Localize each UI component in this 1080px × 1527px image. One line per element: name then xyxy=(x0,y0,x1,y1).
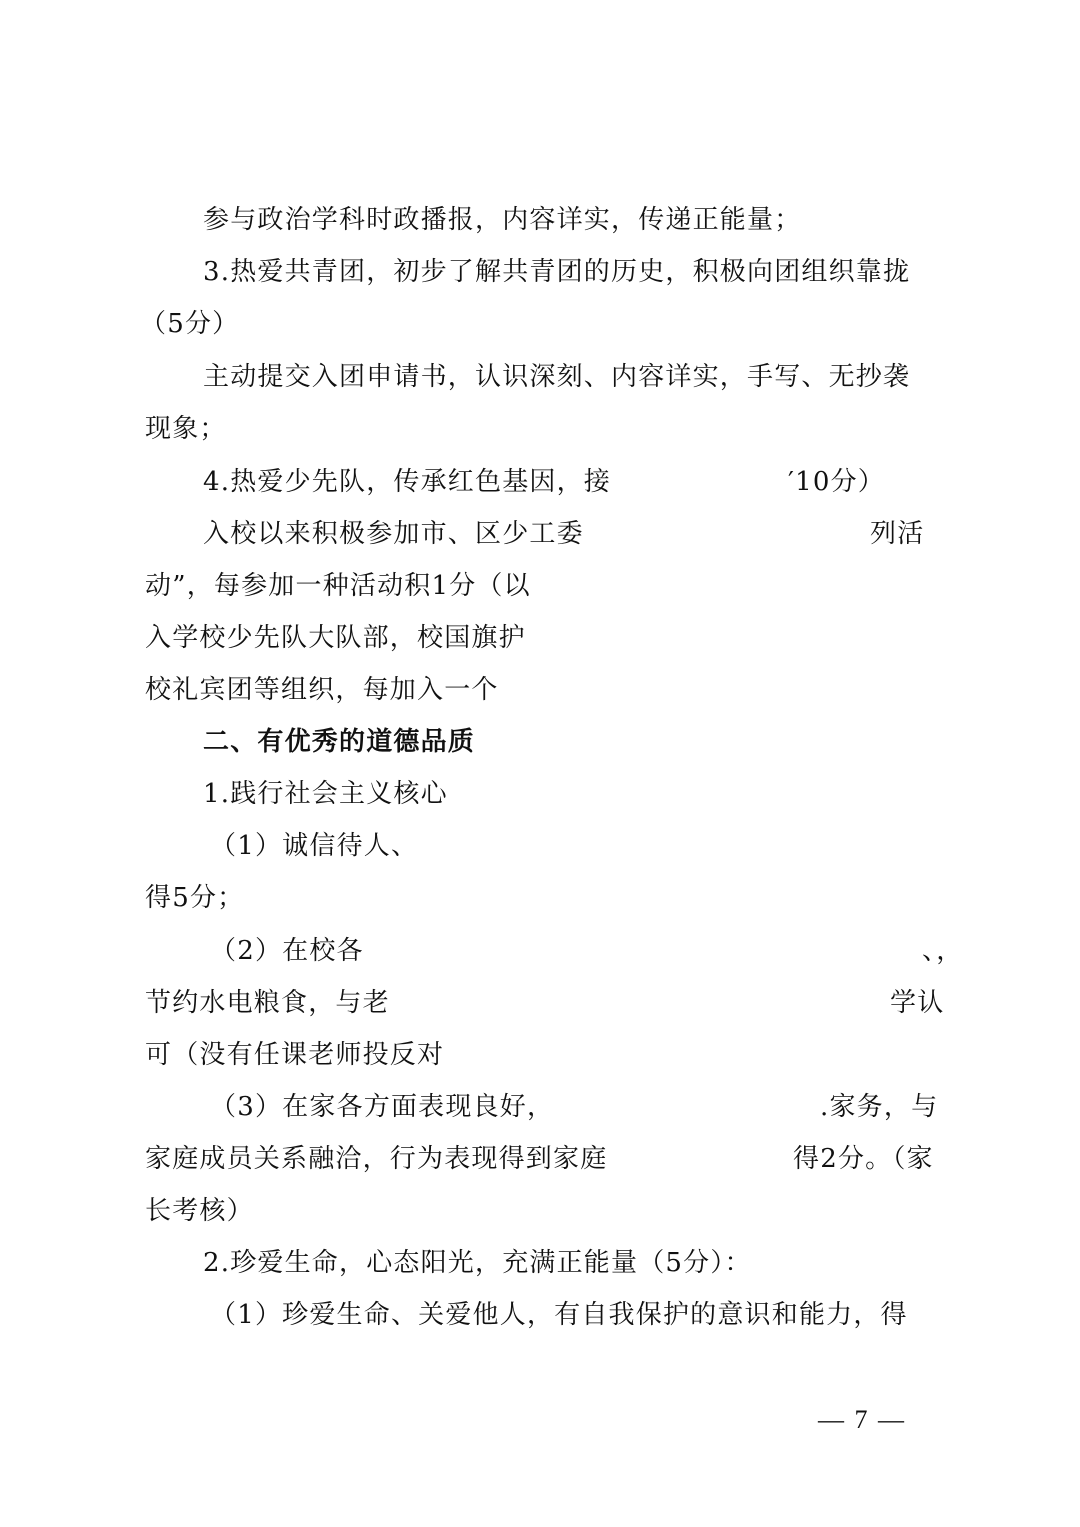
text-line: 二、有优秀的道德品质 xyxy=(203,722,475,762)
text-line: 1.践行社会主义核心 xyxy=(203,774,448,814)
paragraph-text: 参与政治学科时政播报，内容详实，传递正能量； xyxy=(203,205,801,235)
text-line-fragment: ′10分） xyxy=(788,462,885,502)
text-line-fragment: 列活 xyxy=(870,514,924,554)
text-line: 主动提交入团申请书，认识深刻、内容详实，手写、无抄袭 xyxy=(203,357,910,397)
paragraph-text: 得5分； xyxy=(145,883,244,913)
text-line-fragment: 学认 xyxy=(890,983,944,1023)
section-item-2-heading: 2.珍爱生命，心态阳光，充满正能量（5分）： xyxy=(203,1248,752,1278)
paragraph-text: 入学校少先队大队部，校国旗护 xyxy=(145,623,526,653)
page-number: — 7 — xyxy=(818,1402,906,1438)
text-line: 2.珍爱生命，心态阳光，充满正能量（5分）： xyxy=(203,1243,752,1283)
text-line: 入学校少先队大队部，校国旗护 xyxy=(145,618,526,658)
text-line-fragment: 得2分。（家 xyxy=(793,1139,934,1179)
text-line: 节约水电粮食，与老 xyxy=(145,983,390,1023)
sub-item-2: （2）在校各 xyxy=(210,936,364,966)
paragraph-text: 入校以来积极参加市、区少工委 xyxy=(203,519,584,549)
text-line-fragment: 、， xyxy=(922,931,963,971)
paragraph-text: .家务，与 xyxy=(820,1092,938,1122)
text-line: 入校以来积极参加市、区少工委 xyxy=(203,514,584,554)
paragraph-text: 列活 xyxy=(870,519,924,549)
punctuation-fragment: 、， xyxy=(922,936,963,966)
text-line: 家庭成员关系融洽，行为表现得到家庭 xyxy=(145,1139,607,1179)
text-line: （1）珍爱生命、关爱他人，有自我保护的意识和能力，得 xyxy=(210,1295,908,1335)
document-page: 参与政治学科时政播报，内容详实，传递正能量； 3.热爱共青团，初步了解共青团的历… xyxy=(0,0,1080,1527)
text-line: 动”，每参加一种活动积1分（以 xyxy=(145,566,531,606)
paragraph-text: 得2分。（家 xyxy=(793,1144,934,1174)
text-line: 可（没有任课老师投反对 xyxy=(145,1035,444,1075)
score-note: （5分） xyxy=(140,309,239,339)
sub-item-1: （1）珍爱生命、关爱他人，有自我保护的意识和能力，得 xyxy=(210,1300,908,1330)
paragraph-text: 校礼宾团等组织，每加入一个 xyxy=(145,675,499,705)
sub-item-3: （3）在家各方面表现良好， xyxy=(210,1092,554,1122)
text-line: 4.热爱少先队，传承红色基因，接 xyxy=(203,462,611,502)
text-line: 得5分； xyxy=(145,878,244,918)
section-item-1-heading: 1.践行社会主义核心 xyxy=(203,779,448,809)
text-line: 校礼宾团等组织，每加入一个 xyxy=(145,670,499,710)
sub-item-1: （1）诚信待人、 xyxy=(210,831,418,861)
section-item-4-heading: 4.热爱少先队，传承红色基因，接 xyxy=(203,467,611,497)
paragraph-text: 动”，每参加一种活动积1分（以 xyxy=(145,571,531,601)
paragraph-text: 家庭成员关系融洽，行为表现得到家庭 xyxy=(145,1144,607,1174)
text-line: 3.热爱共青团，初步了解共青团的历史，积极向团组织靠拢 xyxy=(203,252,910,292)
text-line: （5分） xyxy=(140,304,239,344)
text-line: （1）诚信待人、 xyxy=(210,826,418,866)
paragraph-text: 节约水电粮食，与老 xyxy=(145,988,390,1018)
paragraph-text: 可（没有任课老师投反对 xyxy=(145,1040,444,1070)
text-line-fragment: .家务，与 xyxy=(820,1087,938,1127)
paragraph-text: 现象； xyxy=(145,414,227,444)
paragraph-text: 长考核） xyxy=(145,1196,254,1226)
score-note: ′10分） xyxy=(788,467,885,497)
text-line: （3）在家各方面表现良好， xyxy=(210,1087,554,1127)
text-line: （2）在校各 xyxy=(210,931,364,971)
section-item-3-heading: 3.热爱共青团，初步了解共青团的历史，积极向团组织靠拢 xyxy=(203,257,910,287)
text-line: 参与政治学科时政播报，内容详实，传递正能量； xyxy=(203,200,801,240)
paragraph-text: 主动提交入团申请书，认识深刻、内容详实，手写、无抄袭 xyxy=(203,362,910,392)
text-line: 长考核） xyxy=(145,1191,254,1231)
paragraph-text: 学认 xyxy=(890,988,944,1018)
text-line: 现象； xyxy=(145,409,227,449)
section-heading: 二、有优秀的道德品质 xyxy=(203,727,475,757)
